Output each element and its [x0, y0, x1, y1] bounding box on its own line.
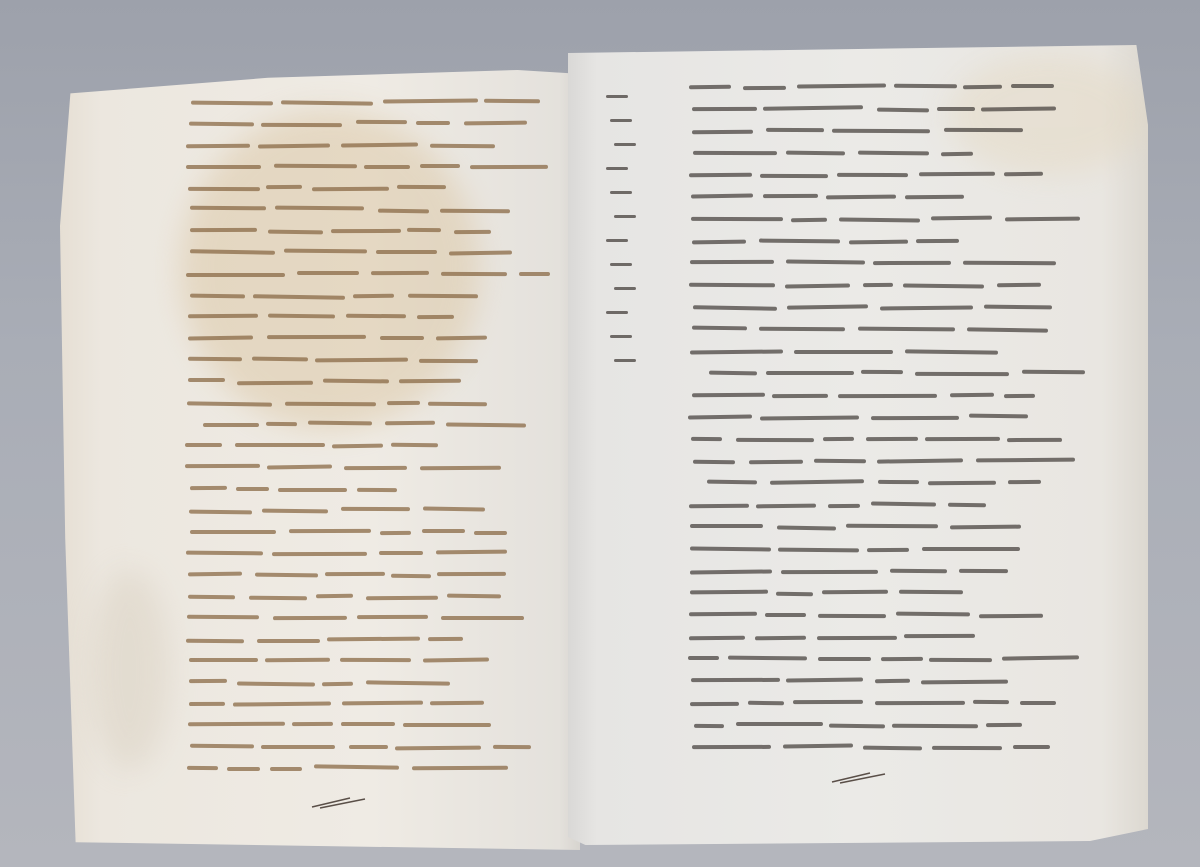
handwriting-stroke — [858, 327, 955, 332]
handwriting-stroke — [407, 228, 441, 232]
handwriting-stroke — [967, 327, 1048, 332]
handwriting-stroke — [186, 144, 250, 149]
handwriting-stroke — [187, 615, 259, 620]
handwriting-stroke — [227, 767, 260, 771]
handwriting-stroke — [922, 547, 1020, 551]
handwriting-stroke — [755, 636, 806, 641]
handwriting-stroke — [484, 99, 540, 104]
handwriting-stroke — [186, 165, 261, 169]
handwriting-stroke — [759, 327, 845, 331]
handwriting-stroke — [694, 724, 724, 728]
handwriting-stroke — [932, 746, 1002, 750]
handwriting-stroke — [963, 85, 1002, 90]
handwriting-stroke — [786, 677, 863, 682]
handwriting-stroke — [871, 416, 959, 420]
handwriting-stroke — [420, 466, 501, 471]
handwriting-stroke — [749, 460, 803, 465]
handwriting-stroke — [899, 590, 963, 595]
handwriting-stroke — [692, 130, 754, 135]
handwriting-stroke — [692, 393, 765, 397]
handwriting-stroke — [188, 722, 285, 726]
handwriting-stroke — [940, 152, 972, 157]
handwriting-stroke — [454, 230, 491, 234]
handwriting-stroke — [690, 702, 739, 706]
handwriting-stroke — [778, 548, 859, 553]
handwriting-stroke — [191, 101, 273, 106]
handwriting-stroke — [787, 304, 868, 309]
handwriting-stroke — [342, 700, 423, 705]
handwriting-stroke — [693, 151, 777, 155]
handwriting-stroke — [878, 480, 919, 484]
handwriting-stroke — [689, 612, 757, 616]
handwriting-stroke — [187, 401, 272, 406]
handwriting-stroke — [395, 745, 481, 750]
handwriting-stroke — [391, 443, 438, 448]
handwriting-stroke — [823, 437, 854, 441]
handwriting-stroke — [249, 596, 307, 601]
handwriting-stroke — [314, 765, 399, 770]
margin-tick — [610, 119, 632, 122]
handwriting-stroke — [273, 615, 347, 619]
margin-tick — [610, 191, 632, 194]
handwriting-stroke — [794, 350, 893, 354]
handwriting-stroke — [385, 421, 435, 426]
handwriting-stroke — [331, 229, 401, 233]
handwriting-stroke — [267, 465, 332, 470]
handwriting-stroke — [203, 423, 259, 427]
handwriting-stroke — [268, 313, 335, 318]
handwriting-stroke — [873, 261, 951, 265]
handwriting-stroke — [963, 261, 1056, 265]
handwriting-stroke — [743, 86, 786, 90]
left-handwriting-block — [185, 100, 555, 800]
handwriting-stroke — [423, 657, 489, 662]
margin-tick — [606, 95, 628, 98]
handwriting-stroke — [1020, 701, 1056, 705]
handwriting-stroke — [407, 294, 477, 299]
handwriting-stroke — [189, 679, 227, 683]
handwriting-stroke — [689, 504, 749, 509]
handwriting-stroke — [188, 314, 258, 319]
handwriting-stroke — [474, 531, 507, 535]
handwriting-stroke — [190, 228, 257, 232]
handwriting-stroke — [867, 548, 909, 552]
handwriting-stroke — [190, 206, 266, 211]
handwriting-stroke — [188, 186, 260, 190]
handwriting-stroke — [728, 655, 807, 660]
handwriting-stroke — [690, 590, 768, 595]
handwriting-stroke — [366, 680, 450, 685]
handwriting-stroke — [814, 458, 866, 463]
handwriting-stroke — [903, 283, 984, 288]
handwriting-stroke — [261, 745, 335, 749]
handwriting-stroke — [267, 335, 366, 339]
margin-tick — [606, 311, 628, 314]
handwriting-stroke — [919, 172, 995, 176]
handwriting-stroke — [797, 83, 886, 88]
handwriting-stroke — [422, 529, 465, 533]
handwriting-stroke — [322, 681, 353, 686]
handwriting-stroke — [327, 637, 420, 642]
handwriting-stroke — [925, 437, 1000, 441]
handwriting-stroke — [760, 174, 828, 178]
handwriting-stroke — [253, 294, 345, 300]
handwriting-stroke — [846, 523, 938, 527]
handwriting-stroke — [289, 529, 371, 533]
handwriting-stroke — [763, 105, 863, 111]
handwriting-stroke — [693, 305, 777, 310]
handwriting-stroke — [412, 765, 508, 770]
handwriting-stroke — [189, 702, 225, 706]
handwriting-stroke — [235, 443, 325, 447]
handwriting-stroke — [905, 349, 998, 354]
handwriting-stroke — [817, 636, 897, 640]
handwriting-stroke — [691, 193, 753, 198]
handwriting-stroke — [189, 122, 254, 127]
handwriting-stroke — [380, 336, 424, 340]
handwriting-stroke — [188, 335, 253, 340]
handwriting-stroke — [371, 271, 429, 275]
handwriting-stroke — [312, 187, 389, 191]
handwriting-stroke — [255, 573, 318, 578]
handwriting-stroke — [188, 378, 225, 382]
handwriting-stroke — [188, 357, 242, 362]
handwriting-stroke — [297, 271, 359, 275]
handwriting-stroke — [832, 129, 930, 133]
handwriting-stroke — [828, 504, 860, 508]
handwriting-stroke — [770, 479, 864, 485]
handwriting-stroke — [420, 164, 460, 168]
handwriting-stroke — [1002, 655, 1080, 660]
handwriting-stroke — [937, 107, 975, 111]
handwriting-stroke — [921, 680, 1008, 685]
handwriting-stroke — [185, 464, 260, 468]
handwriting-stroke — [308, 421, 372, 426]
handwriting-stroke — [325, 572, 385, 576]
handwriting-stroke — [736, 438, 814, 442]
handwriting-stroke — [340, 722, 394, 726]
handwriting-stroke — [877, 458, 963, 463]
handwriting-stroke — [349, 745, 388, 749]
handwriting-stroke — [766, 371, 854, 375]
right-handwriting-block — [688, 85, 1098, 785]
handwriting-stroke — [691, 678, 780, 682]
handwriting-stroke — [365, 596, 437, 601]
handwriting-stroke — [323, 379, 389, 384]
handwriting-stroke — [416, 121, 450, 125]
handwriting-stroke — [981, 106, 1056, 111]
handwriting-stroke — [380, 530, 411, 534]
handwriting-stroke — [1005, 216, 1080, 221]
handwriting-stroke — [237, 681, 315, 686]
handwriting-stroke — [428, 637, 463, 641]
handwriting-stroke — [979, 614, 1043, 618]
handwriting-stroke — [423, 507, 485, 512]
handwriting-stroke — [973, 700, 1010, 704]
handwriting-stroke — [437, 572, 506, 576]
handwriting-stroke — [709, 371, 757, 376]
handwriting-stroke — [689, 636, 745, 641]
handwriting-stroke — [281, 101, 373, 106]
handwriting-stroke — [187, 766, 218, 770]
handwriting-stroke — [190, 486, 227, 490]
handwriting-stroke — [861, 370, 903, 374]
handwriting-stroke — [948, 502, 986, 506]
handwriting-stroke — [417, 315, 454, 319]
handwriting-stroke — [519, 272, 550, 276]
handwriting-stroke — [316, 593, 353, 597]
handwriting-stroke — [689, 283, 775, 288]
manuscript-photo — [0, 0, 1200, 867]
handwriting-stroke — [185, 443, 222, 447]
handwriting-stroke — [357, 488, 397, 492]
handwriting-stroke — [397, 184, 446, 188]
handwriting-stroke — [430, 701, 484, 705]
handwriting-stroke — [378, 209, 429, 214]
flourish-mark — [310, 795, 370, 809]
handwriting-stroke — [950, 393, 994, 398]
handwriting-stroke — [237, 381, 313, 385]
handwriting-stroke — [766, 128, 824, 132]
handwriting-stroke — [781, 570, 878, 574]
handwriting-stroke — [760, 416, 859, 421]
handwriting-stroke — [493, 745, 531, 749]
handwriting-stroke — [826, 195, 896, 200]
handwriting-stroke — [390, 573, 430, 578]
handwriting-stroke — [896, 611, 970, 616]
handwriting-stroke — [863, 283, 893, 287]
handwriting-stroke — [1004, 394, 1035, 398]
handwriting-stroke — [875, 679, 910, 684]
handwriting-stroke — [915, 372, 1009, 376]
handwriting-stroke — [783, 744, 853, 749]
handwriting-stroke — [261, 123, 342, 127]
handwriting-stroke — [858, 151, 930, 156]
handwriting-stroke — [690, 524, 763, 528]
left-page — [60, 70, 580, 850]
handwriting-stroke — [839, 217, 920, 222]
handwriting-stroke — [905, 195, 964, 199]
handwriting-stroke — [186, 550, 263, 555]
handwriting-stroke — [233, 702, 331, 707]
handwriting-stroke — [969, 414, 1028, 419]
handwriting-stroke — [189, 658, 258, 662]
margin-tick — [610, 263, 632, 266]
handwriting-stroke — [929, 658, 992, 662]
margin-tick — [614, 215, 636, 218]
handwriting-stroke — [284, 249, 367, 254]
handwriting-stroke — [190, 250, 275, 255]
handwriting-stroke — [188, 571, 242, 576]
handwriting-stroke — [441, 272, 507, 276]
handwriting-stroke — [292, 722, 333, 726]
handwriting-stroke — [877, 108, 929, 113]
handwriting-stroke — [441, 616, 524, 620]
handwriting-stroke — [186, 639, 244, 644]
handwriting-stroke — [262, 509, 328, 514]
handwriting-stroke — [447, 593, 501, 598]
handwriting-stroke — [419, 359, 478, 363]
handwriting-stroke — [875, 701, 965, 705]
handwriting-stroke — [272, 552, 367, 556]
handwriting-stroke — [446, 422, 526, 427]
handwriting-stroke — [984, 305, 1052, 310]
handwriting-stroke — [997, 282, 1041, 286]
handwriting-stroke — [707, 480, 758, 485]
handwriting-stroke — [344, 466, 407, 470]
handwriting-stroke — [818, 614, 886, 618]
handwriting-stroke — [340, 658, 411, 662]
handwriting-stroke — [186, 273, 285, 277]
handwriting-stroke — [691, 437, 722, 441]
handwriting-stroke — [785, 284, 850, 289]
handwriting-stroke — [278, 488, 347, 492]
ink-stain — [90, 570, 170, 770]
handwriting-stroke — [976, 458, 1075, 463]
handwriting-stroke — [266, 185, 302, 189]
handwriting-stroke — [772, 394, 828, 398]
handwriting-stroke — [866, 437, 918, 441]
handwriting-stroke — [894, 84, 957, 89]
handwriting-stroke — [689, 84, 731, 89]
handwriting-stroke — [470, 165, 548, 169]
flourish-mark — [830, 770, 890, 784]
handwriting-stroke — [1004, 172, 1043, 177]
handwriting-stroke — [880, 306, 973, 311]
margin-tick — [610, 335, 632, 338]
handwriting-stroke — [881, 657, 923, 661]
handwriting-stroke — [829, 723, 885, 728]
handwriting-stroke — [776, 592, 813, 597]
handwriting-stroke — [691, 217, 783, 221]
handwriting-stroke — [332, 444, 383, 449]
handwriting-stroke — [765, 613, 806, 617]
handwriting-stroke — [440, 209, 511, 214]
handwriting-stroke — [690, 350, 783, 355]
handwriting-stroke — [268, 230, 323, 235]
handwriting-stroke — [690, 260, 774, 264]
handwriting-stroke — [190, 530, 276, 534]
handwriting-stroke — [315, 358, 408, 363]
handwriting-stroke — [748, 701, 784, 705]
handwriting-stroke — [346, 314, 406, 319]
handwriting-stroke — [341, 507, 410, 511]
handwriting-stroke — [692, 107, 757, 111]
handwriting-stroke — [986, 723, 1022, 727]
handwriting-stroke — [364, 165, 410, 169]
handwriting-stroke — [849, 240, 908, 245]
handwriting-stroke — [759, 239, 840, 244]
handwriting-stroke — [944, 128, 1023, 132]
handwriting-stroke — [188, 595, 235, 600]
handwriting-stroke — [692, 745, 771, 749]
handwriting-stroke — [275, 206, 364, 211]
handwriting-stroke — [270, 767, 302, 771]
handwriting-stroke — [190, 744, 254, 749]
handwriting-stroke — [959, 569, 1008, 573]
handwriting-stroke — [777, 526, 836, 531]
handwriting-stroke — [690, 547, 771, 552]
handwriting-stroke — [274, 164, 357, 169]
handwriting-stroke — [916, 239, 959, 243]
handwriting-stroke — [1011, 84, 1054, 88]
margin-tick — [614, 287, 636, 290]
right-page — [568, 45, 1148, 845]
handwriting-stroke — [258, 144, 330, 149]
handwriting-stroke — [793, 700, 863, 704]
handwriting-stroke — [818, 657, 871, 661]
handwriting-stroke — [890, 569, 947, 574]
handwriting-stroke — [693, 459, 736, 464]
handwriting-stroke — [356, 120, 407, 124]
handwriting-stroke — [464, 120, 527, 125]
handwriting-stroke — [688, 656, 719, 660]
handwriting-stroke — [376, 250, 437, 254]
handwriting-stroke — [904, 633, 975, 637]
handwriting-stroke — [436, 335, 487, 340]
handwriting-stroke — [449, 251, 512, 256]
handwriting-stroke — [265, 658, 330, 663]
handwriting-stroke — [341, 142, 418, 147]
handwriting-stroke — [236, 487, 269, 491]
handwriting-stroke — [252, 356, 308, 361]
handwriting-stroke — [763, 194, 818, 198]
handwriting-stroke — [950, 525, 1021, 530]
handwriting-stroke — [387, 400, 420, 404]
handwriting-stroke — [257, 639, 320, 643]
margin-tick — [614, 359, 636, 362]
handwriting-stroke — [691, 325, 746, 330]
handwriting-stroke — [430, 143, 495, 148]
handwriting-stroke — [689, 173, 752, 178]
handwriting-stroke — [892, 724, 978, 729]
handwriting-stroke — [436, 550, 507, 555]
handwriting-stroke — [692, 239, 746, 244]
margin-tick — [614, 143, 636, 146]
handwriting-stroke — [786, 259, 865, 264]
handwriting-stroke — [383, 98, 478, 103]
handwriting-stroke — [756, 503, 816, 508]
handwriting-stroke — [871, 501, 936, 506]
handwriting-stroke — [688, 415, 752, 420]
handwriting-stroke — [837, 173, 908, 177]
handwriting-stroke — [1007, 438, 1062, 442]
handwriting-stroke — [838, 394, 937, 398]
handwriting-stroke — [357, 615, 428, 619]
handwriting-stroke — [863, 746, 922, 751]
handwriting-stroke — [928, 481, 996, 486]
handwriting-stroke — [266, 422, 297, 426]
handwriting-stroke — [379, 551, 423, 555]
handwriting-stroke — [736, 722, 823, 726]
handwriting-stroke — [403, 723, 491, 727]
handwriting-stroke — [353, 293, 394, 298]
handwriting-stroke — [189, 509, 252, 514]
margin-tick — [606, 167, 628, 170]
handwriting-stroke — [690, 570, 772, 575]
handwriting-stroke — [931, 215, 992, 220]
handwriting-stroke — [791, 218, 827, 222]
handwriting-stroke — [822, 590, 888, 595]
handwriting-stroke — [1008, 480, 1041, 484]
handwriting-stroke — [428, 401, 487, 406]
handwriting-stroke — [1013, 745, 1050, 749]
handwriting-stroke — [786, 150, 845, 155]
margin-tick — [606, 239, 628, 242]
handwriting-stroke — [1022, 369, 1085, 373]
handwriting-stroke — [285, 402, 376, 407]
handwriting-stroke — [190, 293, 245, 298]
